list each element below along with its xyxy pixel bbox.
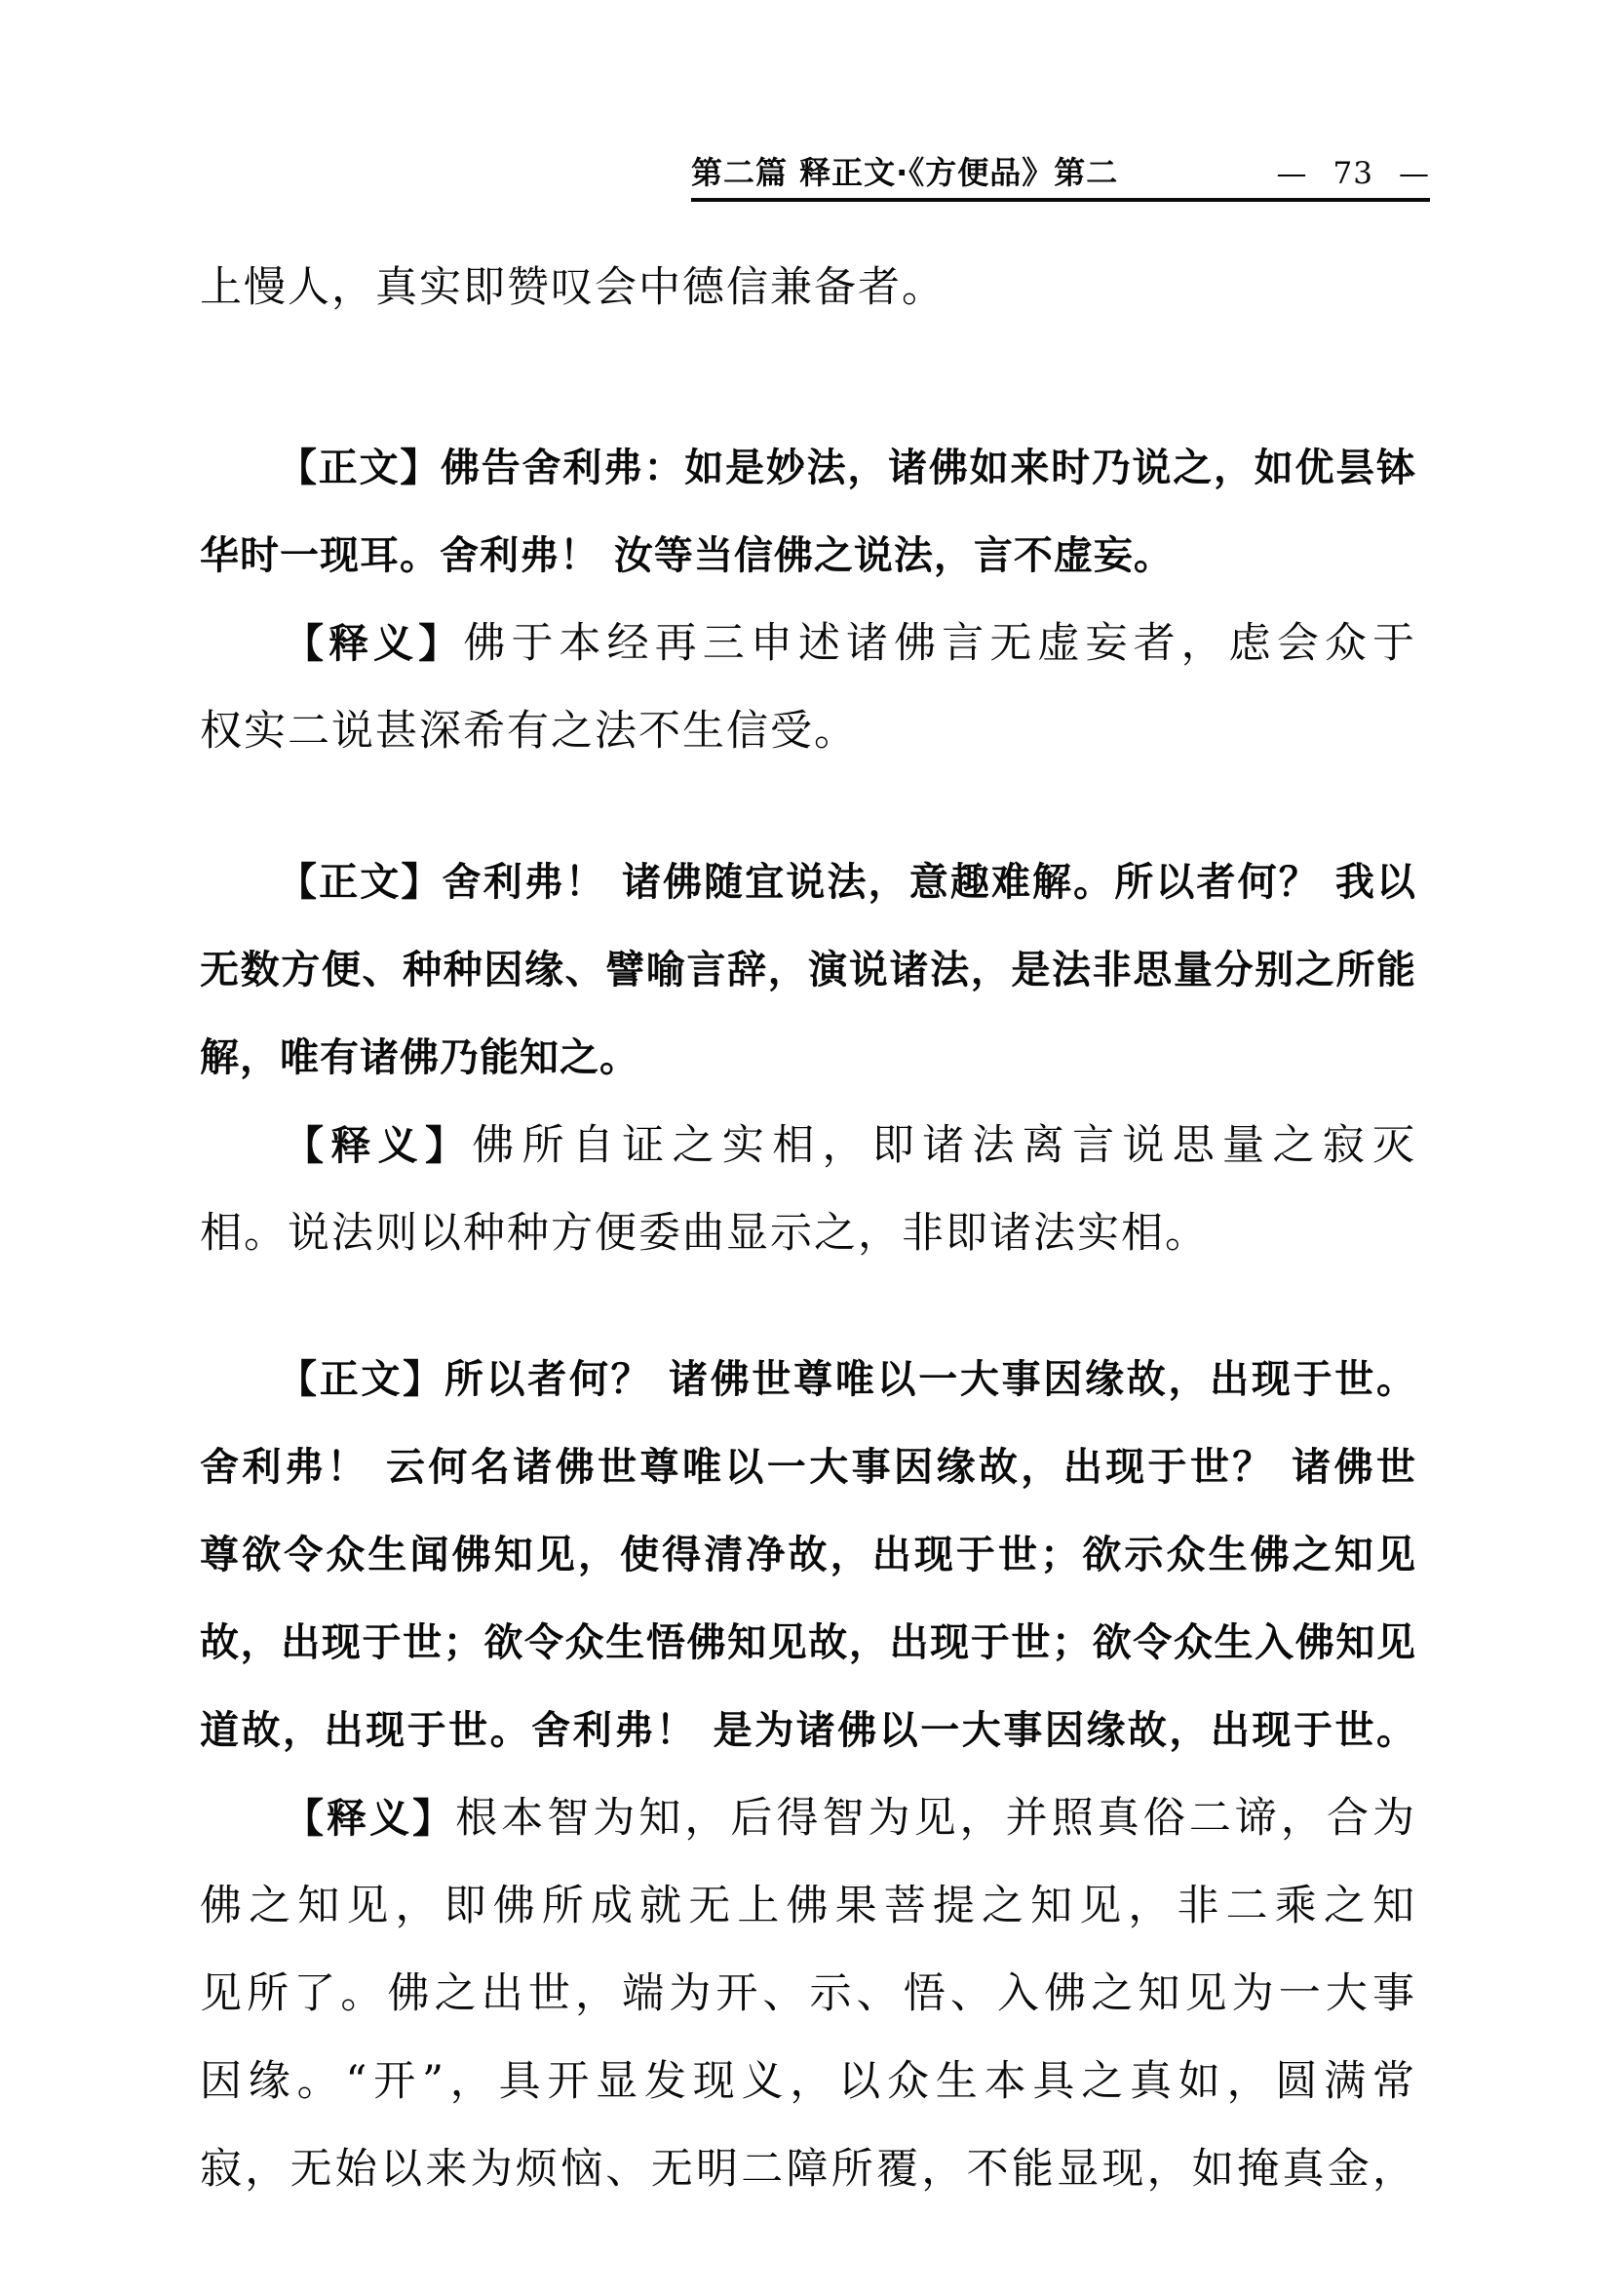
text-line: 无数方便、种种因缘、譬喻言辞，演说诸法，是法非思量分别之所能 — [200, 926, 1416, 1014]
paragraph-scripture-1: 【正文】佛告舍利弗：如是妙法，诸佛如来时乃说之，如优昙钵 华时一现耳。舍利弗！ … — [200, 424, 1416, 600]
line-text: 佛于本经再三申述诸佛言无虚妄者，虑会众于 — [463, 619, 1416, 668]
line-text: 舍利弗！ 诸佛随宜说法，意趣难解。所以者何？ 我以 — [442, 860, 1416, 905]
paragraph-scripture-3: 【正文】所以者何？ 诸佛世尊唯以一大事因缘故，出现于世。 舍利弗！ 云何名诸佛世… — [200, 1336, 1416, 1774]
text-line: 佛之知见，即佛所成就无上佛果菩提之知见，非二乘之知 — [200, 1862, 1416, 1950]
text-line: 寂，无始以来为烦恼、无明二障所覆，不能显现，如掩真金， — [200, 2125, 1416, 2213]
line-text: 根本智为知，后得智为见，并照真俗二谛，合为 — [455, 1794, 1416, 1843]
commentary-marker: 【释义】 — [284, 1795, 455, 1842]
paragraph-continuation: 上慢人，真实即赞叹会中德信兼备者。 — [200, 244, 1416, 331]
page-number-dash-right: — — [1399, 157, 1430, 190]
text-line: 相。说法则以种种方便委曲显示之，非即诸法实相。 — [200, 1189, 1416, 1277]
scripture-marker: 【正文】 — [278, 1357, 444, 1402]
text-line: 权实二说甚深希有之法不生信受。 — [200, 687, 1416, 775]
text-line: 【释义】佛于本经再三申述诸佛言无虚妄者，虑会众于 — [200, 600, 1416, 687]
text-body: 上慢人，真实即赞叹会中德信兼备者。 【正文】佛告舍利弗：如是妙法，诸佛如来时乃说… — [200, 244, 1416, 2213]
text-line: 【正文】佛告舍利弗：如是妙法，诸佛如来时乃说之，如优昙钵 — [200, 424, 1416, 512]
text-line: 华时一现耳。舍利弗！ 汝等当信佛之说法，言不虚妄。 — [200, 512, 1416, 600]
paragraph-commentary-1: 【释义】佛于本经再三申述诸佛言无虚妄者，虑会众于 权实二说甚深希有之法不生信受。 — [200, 600, 1416, 775]
commentary-marker: 【释义】 — [284, 1122, 472, 1169]
line-text: 所以者何？ 诸佛世尊唯以一大事因缘故，出现于世。 — [444, 1357, 1416, 1402]
page-number-group: — 73 — — [1277, 157, 1430, 190]
page-number-dash-left: — — [1277, 157, 1308, 190]
text-line: 【正文】舍利弗！ 诸佛随宜说法，意趣难解。所以者何？ 我以 — [200, 838, 1416, 926]
scripture-marker: 【正文】 — [278, 446, 441, 490]
text-line: 【正文】所以者何？ 诸佛世尊唯以一大事因缘故，出现于世。 — [200, 1336, 1416, 1423]
text-line: 上慢人，真实即赞叹会中德信兼备者。 — [200, 244, 1416, 331]
paragraph-scripture-2: 【正文】舍利弗！ 诸佛随宜说法，意趣难解。所以者何？ 我以 无数方便、种种因缘、… — [200, 838, 1416, 1102]
text-line: 因缘。“开”，具开显发现义，以众生本具之真如，圆满常 — [200, 2038, 1416, 2125]
line-text: 佛所自证之实相，即诸法离言说思量之寂灭 — [472, 1121, 1416, 1170]
text-line: 尊欲令众生闻佛知见，使得清净故，出现于世；欲示众生佛之知见 — [200, 1511, 1416, 1599]
page-number: 73 — [1333, 157, 1373, 190]
paragraph-commentary-2: 【释义】佛所自证之实相，即诸法离言说思量之寂灭 相。说法则以种种方便委曲显示之，… — [200, 1102, 1416, 1277]
text-line: 道故，出现于世。舍利弗！ 是为诸佛以一大事因缘故，出现于世。 — [200, 1687, 1416, 1774]
paragraph-commentary-3: 【释义】根本智为知，后得智为见，并照真俗二谛，合为 佛之知见，即佛所成就无上佛果… — [200, 1774, 1416, 2213]
text-line: 【释义】佛所自证之实相，即诸法离言说思量之寂灭 — [200, 1102, 1416, 1189]
chapter-title: 第二篇 释正文·《方便品》第二 — [691, 156, 1118, 190]
text-line: 解，唯有诸佛乃能知之。 — [200, 1014, 1416, 1102]
text-line: 【释义】根本智为知，后得智为见，并照真俗二谛，合为 — [200, 1774, 1416, 1862]
text-line: 故，出现于世；欲令众生悟佛知见故，出现于世；欲令众生入佛知见 — [200, 1599, 1416, 1687]
text-line: 见所了。佛之出世，端为开、示、悟、入佛之知见为一大事 — [200, 1950, 1416, 2038]
book-page: 第二篇 释正文·《方便品》第二 — 73 — 上慢人，真实即赞叹会中德信兼备者。… — [0, 0, 1622, 2296]
running-head: 第二篇 释正文·《方便品》第二 — 73 — — [691, 156, 1430, 202]
text-line: 舍利弗！ 云何名诸佛世尊唯以一大事因缘故，出现于世？ 诸佛世 — [200, 1423, 1416, 1511]
line-text: 佛告舍利弗：如是妙法，诸佛如来时乃说之，如优昙钵 — [441, 446, 1416, 490]
scripture-marker: 【正文】 — [278, 860, 442, 905]
commentary-marker: 【释义】 — [284, 620, 463, 667]
